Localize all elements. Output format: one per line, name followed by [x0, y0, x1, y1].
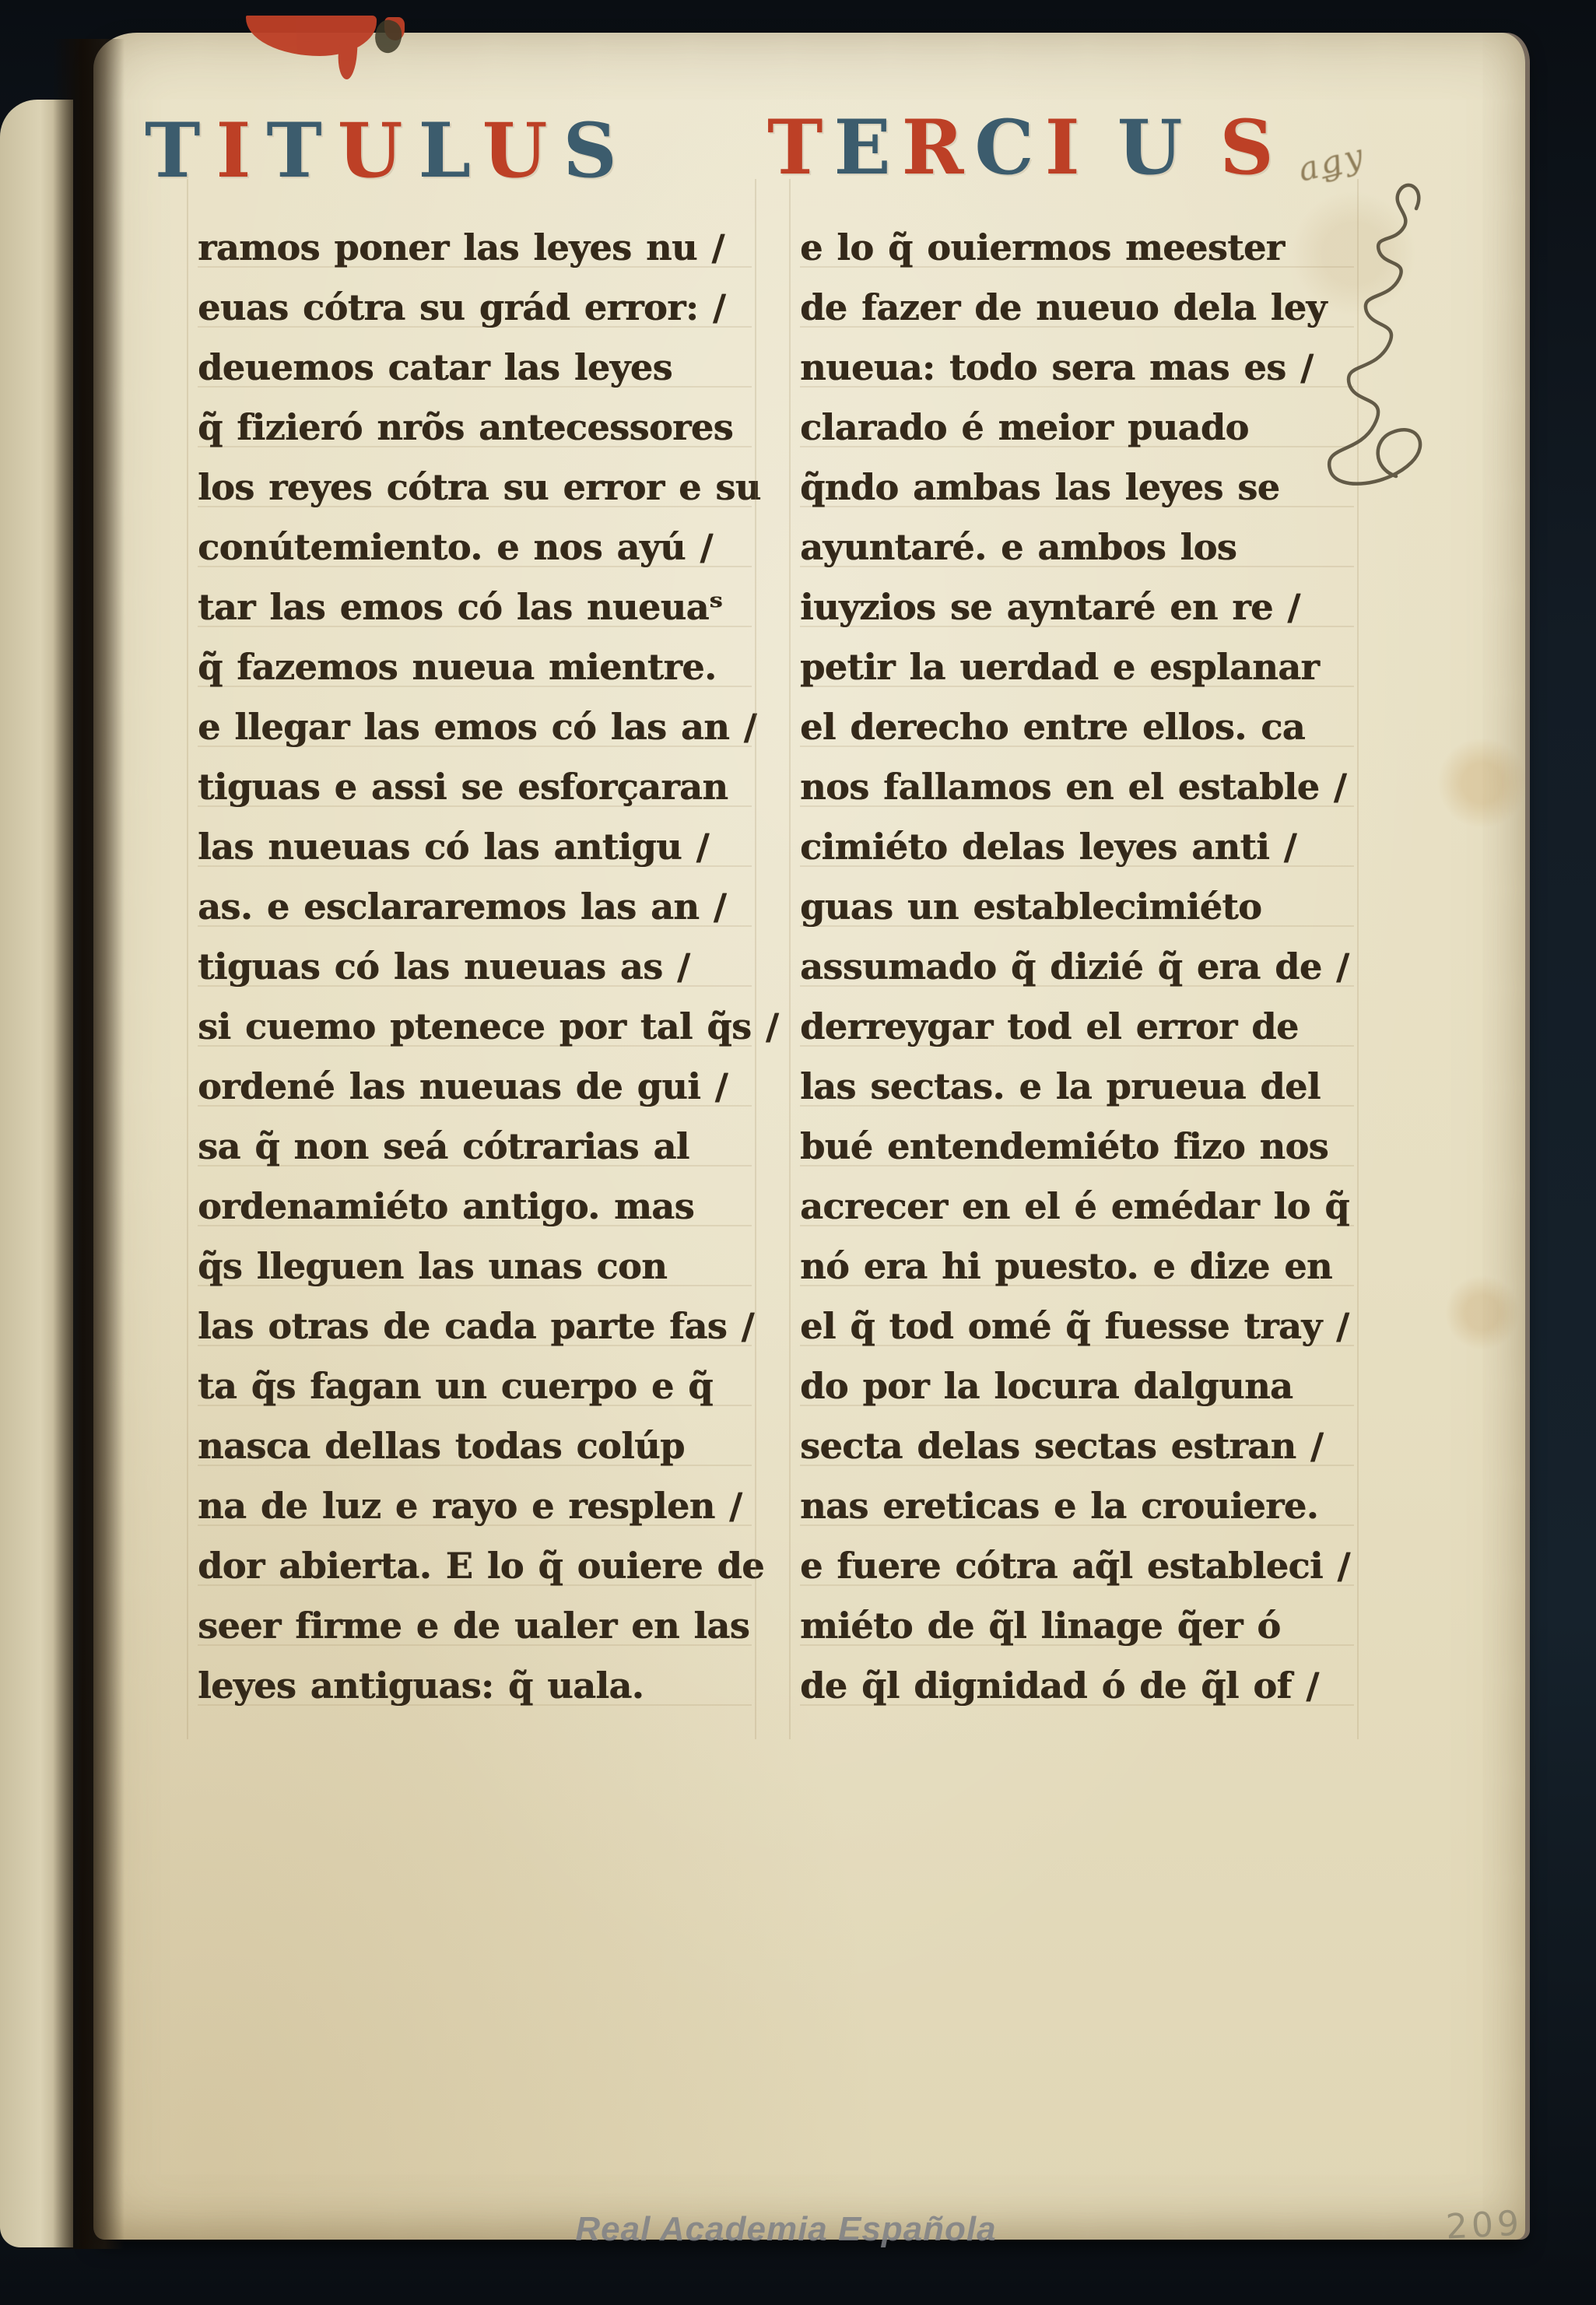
rubric-letter: I: [1045, 103, 1091, 191]
manuscript-line: las nueuas có las antigu /: [198, 817, 752, 877]
scanned-manuscript-photo: TITULUS TERCIUS ramos poner las leyes nu…: [0, 0, 1596, 2305]
manuscript-line: miéto de q̃l linage q̃er ó: [800, 1596, 1354, 1656]
manuscript-line: nos fallamos en el estable /: [800, 757, 1354, 817]
manuscript-page: TITULUS TERCIUS ramos poner las leyes nu…: [93, 33, 1525, 2240]
header-titulus: TITULUS: [145, 114, 633, 188]
manuscript-line: ta q̃s fagan un cuerpo e q̃: [198, 1356, 752, 1416]
manuscript-line: assumado q̃ dizié q̃ era de /: [800, 937, 1354, 997]
library-watermark: Real Academia Española: [543, 2210, 1029, 2249]
manuscript-line: ayuntaré. e ambos los: [800, 517, 1354, 577]
rubric-letter: S: [563, 107, 632, 195]
manuscript-line: de q̃l dignidad ó de q̃l of /: [800, 1656, 1354, 1716]
manuscript-line: leyes antiguas: q̃ uala.: [198, 1656, 752, 1716]
left-column: ramos poner las leyes nu /euas cótra su …: [198, 218, 752, 1716]
manuscript-line: tar las emos có las nueuaˢ: [198, 577, 752, 637]
manuscript-line: sa q̃ non seá cótrarias al: [198, 1117, 752, 1177]
manuscript-line: el derecho entre ellos. ca: [800, 697, 1354, 757]
margin-flourish-scribble: [1298, 171, 1454, 498]
manuscript-line: do por la locura dalguna: [800, 1356, 1354, 1416]
manuscript-line: dor abierta. E lo q̃ ouiere de: [198, 1536, 752, 1596]
manuscript-line: acrecer en el é emédar lo q̃: [800, 1177, 1354, 1237]
rubric-letter: U: [482, 107, 563, 195]
rubric-letter: U: [338, 107, 419, 195]
manuscript-line: nasca dellas todas colúp: [198, 1416, 752, 1476]
binding-gutter-shadow: [53, 39, 125, 2249]
manuscript-line: nas ereticas e la crouiere.: [800, 1476, 1354, 1536]
manuscript-line: el q̃ tod omé q̃ fuesse tray /: [800, 1296, 1354, 1356]
manuscript-line: q̃ fizieró nrõs antecessores: [198, 398, 752, 458]
manuscript-line: as. e esclararemos las an /: [198, 877, 752, 937]
rubric-letter: T: [145, 107, 216, 195]
manuscript-line: q̃s lleguen las unas con: [198, 1237, 752, 1296]
manuscript-line: guas un establecimiéto: [800, 877, 1354, 937]
manuscript-line: q̃ fazemos nueua mientre.: [198, 637, 752, 697]
header-tercius: TERCIUS: [767, 111, 1285, 185]
manuscript-line: deuemos catar las leyes: [198, 338, 752, 398]
manuscript-line: ordenamiéto antigo. mas: [198, 1177, 752, 1237]
manuscript-line: si cuemo ptenece por tal q̃s /: [198, 997, 752, 1057]
manuscript-line: secta delas sectas estran /: [800, 1416, 1354, 1476]
rubric-letter: I: [216, 107, 266, 195]
manuscript-line: derreygar tod el error de: [800, 997, 1354, 1057]
manuscript-line: conútemiento. e nos ayú /: [198, 517, 752, 577]
manuscript-line: seer firme e de ualer en las: [198, 1596, 752, 1656]
manuscript-line: q̃ndo ambas las leyes se: [800, 458, 1354, 517]
manuscript-line: euas cótra su grád error: /: [198, 278, 752, 338]
manuscript-line: e lo q̃ ouiermos meester: [800, 218, 1354, 278]
red-paint-smear: [246, 16, 377, 56]
manuscript-line: tiguas e assi se esforçaran: [198, 757, 752, 817]
manuscript-line: e fuere cótra aq̃l estableci /: [800, 1536, 1354, 1596]
rubric-letter: E: [833, 103, 901, 191]
manuscript-line: tiguas có las nueuas as /: [198, 937, 752, 997]
manuscript-line: las sectas. e la prueua del: [800, 1057, 1354, 1117]
manuscript-line: ramos poner las leyes nu /: [198, 218, 752, 278]
manuscript-line: nó era hi puesto. e dize en: [800, 1237, 1354, 1296]
manuscript-line: bué entendemiéto fizo nos: [800, 1117, 1354, 1177]
rubric-letter: T: [767, 103, 833, 191]
rubric-letter: C: [974, 103, 1044, 191]
manuscript-line: iuyzios se ayntaré en re /: [800, 577, 1354, 637]
rubric-letter: L: [419, 107, 482, 195]
rubric-letter: R: [902, 103, 975, 191]
folio-page-number: 209: [1445, 2203, 1524, 2247]
right-column: e lo q̃ ouiermos meesterde fazer de nueu…: [800, 218, 1354, 1716]
manuscript-line: e llegar las emos có las an /: [198, 697, 752, 757]
manuscript-line: na de luz e rayo e resplen /: [198, 1476, 752, 1536]
manuscript-line: ordené las nueuas de gui /: [198, 1057, 752, 1117]
manuscript-line: las otras de cada parte fas /: [198, 1296, 752, 1356]
manuscript-line: los reyes cótra su error e su: [198, 458, 752, 517]
manuscript-line: clarado é meior puado: [800, 398, 1354, 458]
rubric-letter: S: [1219, 103, 1284, 191]
manuscript-line: petir la uerdad e esplanar: [800, 637, 1354, 697]
manuscript-line: nueua: todo sera mas es /: [800, 338, 1354, 398]
rubric-letter: U: [1117, 103, 1194, 191]
manuscript-line: de fazer de nueuo dela ley: [800, 278, 1354, 338]
rubric-letter: T: [266, 107, 337, 195]
manuscript-line: cimiéto delas leyes anti /: [800, 817, 1354, 877]
